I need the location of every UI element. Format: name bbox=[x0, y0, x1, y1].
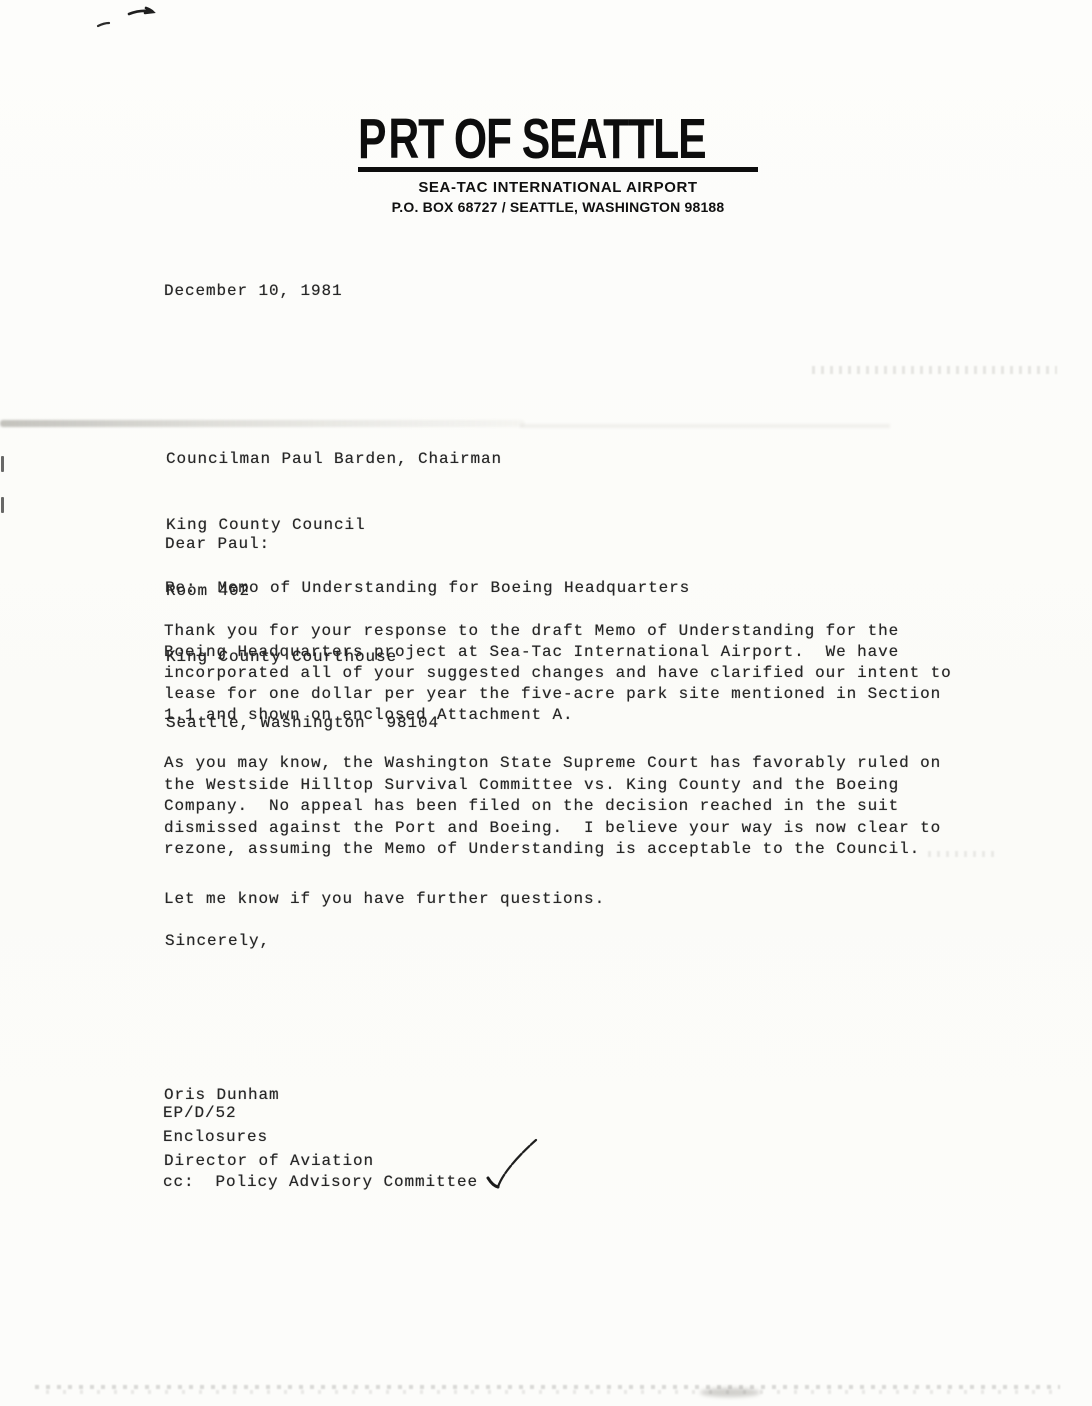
body-paragraph-1: Thank you for your response to the draft… bbox=[164, 621, 952, 726]
scan-artifact-smudge bbox=[812, 366, 1057, 374]
handwritten-checkmark bbox=[480, 1131, 542, 1193]
scan-artifact-edge-mark bbox=[1, 497, 4, 513]
recipient-line: King County Council bbox=[166, 514, 502, 536]
logo-text-rest: RT OF SEATTLE bbox=[388, 106, 705, 172]
body-paragraph-3: Let me know if you have further question… bbox=[164, 889, 605, 910]
reference-initials: EP/D/52 bbox=[163, 1103, 237, 1124]
scan-artifact-bottom-smudge bbox=[700, 1388, 760, 1397]
closing: Sincerely, bbox=[165, 931, 270, 952]
scan-artifact-edge-mark bbox=[1, 456, 4, 472]
scanned-letter-page: P RT OF SEATTLE SEA-TAC INTERNATIONAL AI… bbox=[0, 0, 1092, 1406]
pen-mark bbox=[92, 5, 172, 35]
scan-artifact-smudge bbox=[928, 851, 1000, 857]
letterhead-address-line: P.O. BOX 68727 / SEATTLE, WASHINGTON 981… bbox=[358, 199, 758, 215]
subject-line: Re: Memo of Understanding for Boeing Hea… bbox=[165, 578, 690, 599]
enclosures-note: Enclosures bbox=[163, 1127, 268, 1148]
scan-artifact-fold-crease-faint bbox=[520, 424, 890, 428]
scan-artifact-bottom-noise bbox=[35, 1383, 1060, 1396]
scan-artifact-fold-crease bbox=[0, 420, 525, 427]
body-paragraph-2: As you may know, the Washington State Su… bbox=[164, 753, 941, 861]
salutation: Dear Paul: bbox=[165, 534, 270, 555]
logo-text-p: P bbox=[358, 106, 385, 172]
letter-date: December 10, 1981 bbox=[164, 281, 343, 302]
logo-wordmark: P RT OF SEATTLE bbox=[358, 114, 658, 164]
letterhead-airport-line: SEA-TAC INTERNATIONAL AIRPORT bbox=[358, 179, 758, 196]
port-of-seattle-letterhead: P RT OF SEATTLE SEA-TAC INTERNATIONAL AI… bbox=[358, 114, 758, 215]
signer-title: Director of Aviation bbox=[164, 1150, 374, 1172]
cc-line: cc: Policy Advisory Committee bbox=[163, 1172, 478, 1193]
recipient-line: Councilman Paul Barden, Chairman bbox=[166, 448, 502, 470]
